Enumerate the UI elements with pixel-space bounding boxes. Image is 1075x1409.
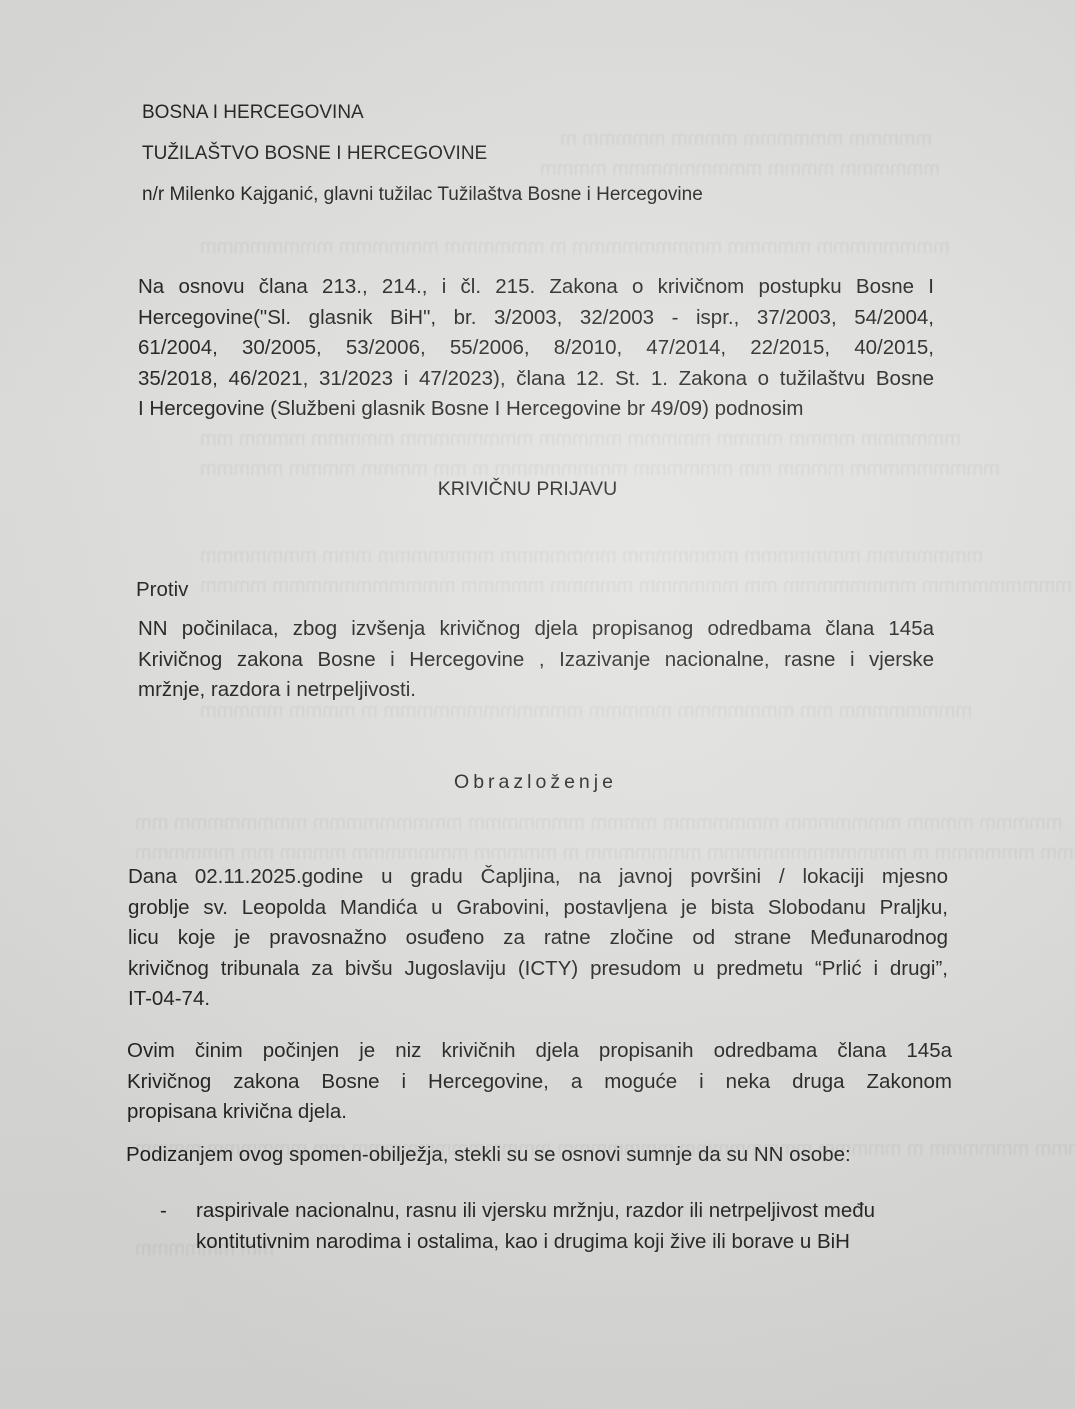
legal-basis-line: I Hercegovine (Službeni glasnik Bosne I … [138, 394, 934, 425]
against-paragraph: NN počinilaca, zbog izvšenja krivičnog d… [138, 614, 934, 706]
against-line: Krivičnog zakona Bosne i Hercegovine , I… [138, 645, 934, 676]
document-title: KRIVIČNU PRIJAVU [0, 478, 1065, 501]
show-through-text: mmmmmm mmmm mmmmmmmmm mmmm [540, 158, 940, 181]
explanation-line: Ovim činim počinjen je niz krivičnih dje… [127, 1036, 952, 1067]
document-page: mmmmm mmmmmm mmmm mmmmm m mmmmmm mmmm mm… [0, 0, 1075, 1409]
legal-basis-line: 61/2004, 30/2005, 53/2006, 55/2006, 8/20… [138, 333, 934, 364]
explanation-paragraph-2: Ovim činim počinjen je niz krivičnih dje… [127, 1036, 952, 1128]
explanation-line: Krivičnog zakona Bosne i Hercegovine, a … [127, 1067, 952, 1098]
against-line: mržnje, razdora i netrpeljivosti. [138, 675, 934, 706]
show-through-text: mmmmmm mmmm mmmm mmmmm mmmmm mmmmmmmm mm… [200, 428, 961, 451]
addressee-country: BOSNA I HERCEGOVINA [142, 100, 364, 126]
show-through-text: mmmmmmmm mmmmm mmmmmmmmm m mmmmmm mmmmmm… [200, 236, 950, 259]
suspicion-intro: Podizanjem ovog spomen-obilježja, stekli… [126, 1142, 851, 1168]
legal-basis-line: Na osnovu člana 213., 214., i čl. 215. Z… [138, 272, 934, 303]
suspicion-bullet: - raspirivale nacionalnu, rasnu ili vjer… [160, 1196, 980, 1257]
show-through-text: mmmmm mmmm mmmmmmm mmmmmmm mmmm mmmmmmm … [135, 812, 1062, 835]
legal-basis-paragraph: Na osnovu člana 213., 214., i čl. 215. Z… [138, 272, 934, 425]
addressee-attention: n/r Milenko Kajganić, glavni tužilac Tuž… [142, 182, 703, 208]
bullet-line: raspirivale nacionalnu, rasnu ili vjersk… [196, 1196, 980, 1227]
show-through-text: mmmmm mmmmmm mmmm mmmmm m [560, 128, 932, 151]
explanation-line: krivičnog tribunala za bivšu Jugoslaviju… [128, 954, 948, 985]
explanation-line: Dana 02.11.2025.godine u gradu Čapljina,… [128, 862, 948, 893]
addressee-institution: TUŽILAŠTVO BOSNE I HERCEGOVINE [142, 141, 487, 167]
explanation-heading: Obrazloženje [0, 771, 1073, 794]
against-line: NN počinilaca, zbog izvšenja krivičnog d… [138, 614, 934, 645]
explanation-paragraph-1: Dana 02.11.2025.godine u gradu Čapljina,… [128, 862, 948, 1015]
against-label: Protiv [136, 577, 188, 603]
explanation-line: licu koje je pravosnažno osuđeno za ratn… [128, 923, 948, 954]
explanation-line: propisana krivična djela. [127, 1097, 952, 1128]
show-through-text: mmmmmmmmm mmmmmmmm mm mmmmmm mmmmm mmmmm… [200, 575, 1072, 598]
explanation-line: groblje sv. Leopolda Mandića u Grabovini… [128, 893, 948, 924]
show-through-text: mmmmmmm mmmmmmm mmmmmmm mmmmmmm mmmmmmm … [200, 545, 983, 568]
bullet-dash-icon: - [160, 1196, 167, 1227]
legal-basis-line: Hercegovine("Sl. glasnik BiH", br. 3/200… [138, 303, 934, 334]
bullet-line: kontitutivnim narodima i ostalima, kao i… [196, 1227, 980, 1258]
legal-basis-line: 35/2018, 46/2021, 31/2023 i 47/2023), čl… [138, 364, 934, 395]
explanation-line: IT-04-74. [128, 984, 948, 1015]
